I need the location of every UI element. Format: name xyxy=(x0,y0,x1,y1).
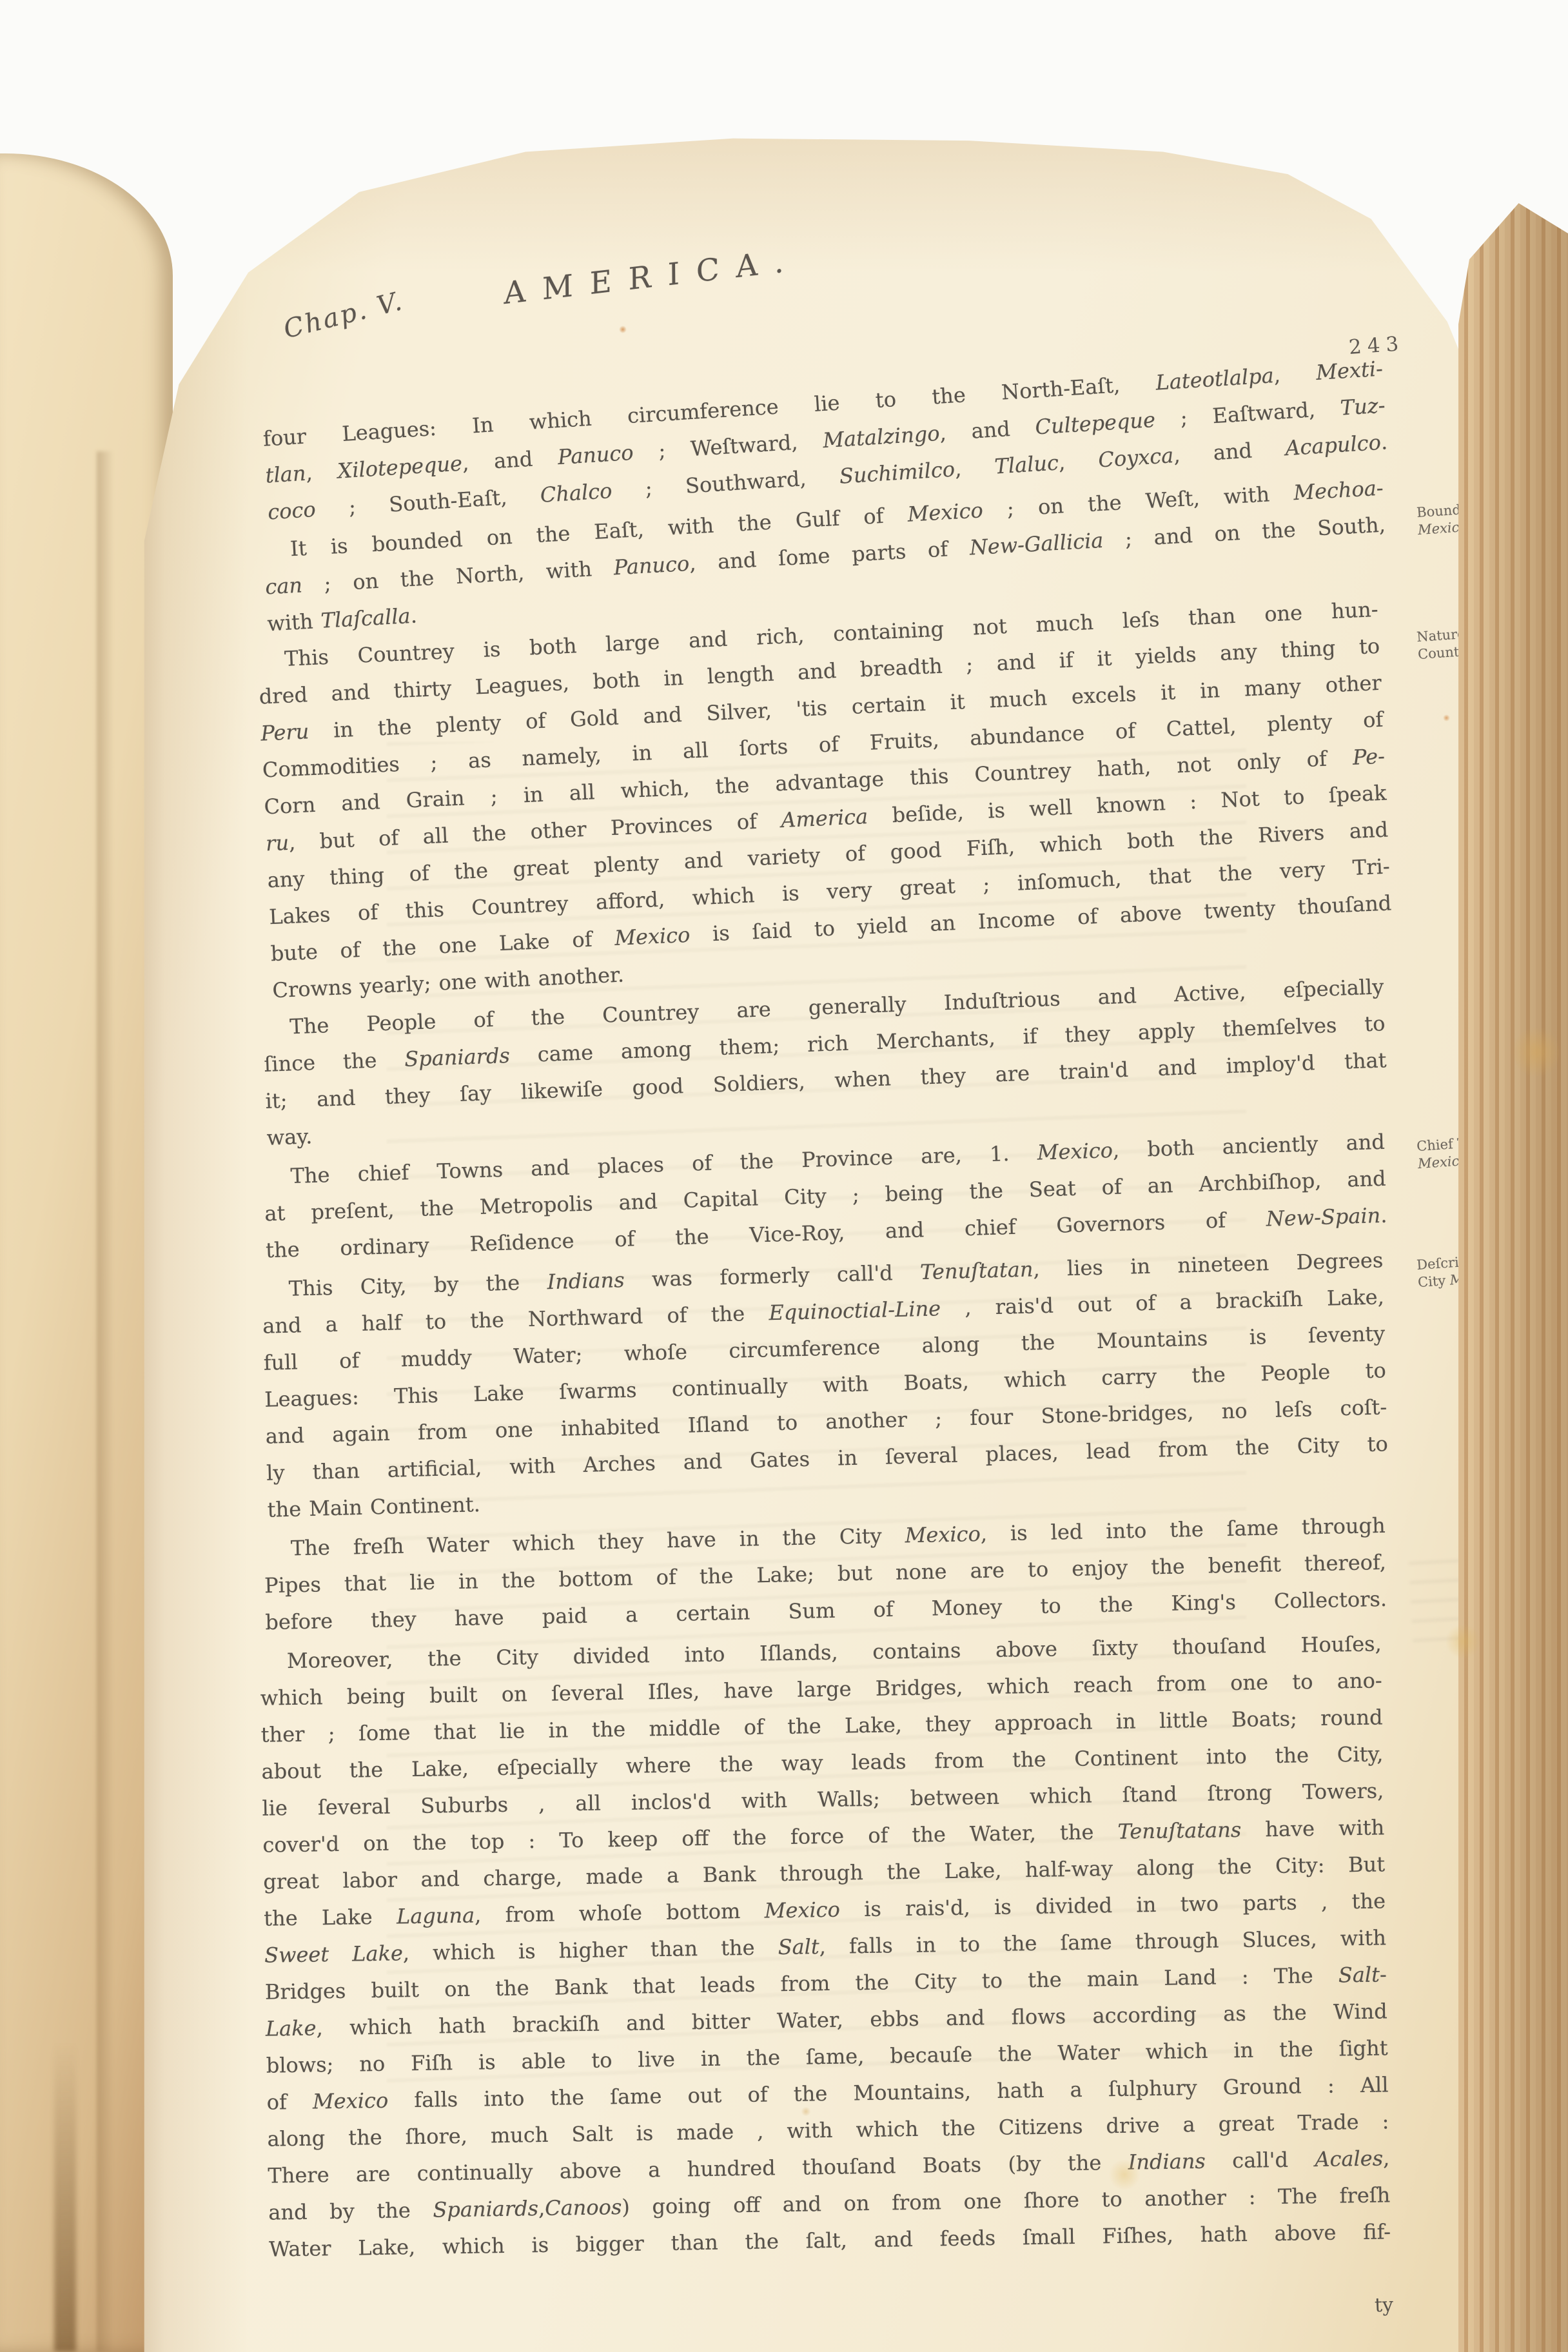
page-crease xyxy=(54,2043,76,2352)
catchword: ty xyxy=(1374,2294,1393,2317)
paragraph: This Countrey is both large and rich, co… xyxy=(257,591,1394,1009)
paragraph: Moreover, the City divided into Iſlands,… xyxy=(259,1625,1391,2268)
gutter-shadow xyxy=(97,451,113,2352)
body-text: four Leagues: In which circumference lie… xyxy=(264,386,1386,2264)
recto-page: Chap. V. AMERICA. 243 four Leagues: In w… xyxy=(110,116,1496,2352)
running-title: AMERICA. xyxy=(504,242,801,312)
chapter-heading: Chap. V. xyxy=(280,286,406,345)
book-photo: { "colors": { "paper": "#f7efda", "ink":… xyxy=(0,0,1568,2352)
paragraph: The freſh Water which they have in the C… xyxy=(263,1507,1387,1641)
fore-edge xyxy=(1458,190,1568,2352)
paragraph: This City, by the Indians was formerly c… xyxy=(261,1242,1389,1528)
